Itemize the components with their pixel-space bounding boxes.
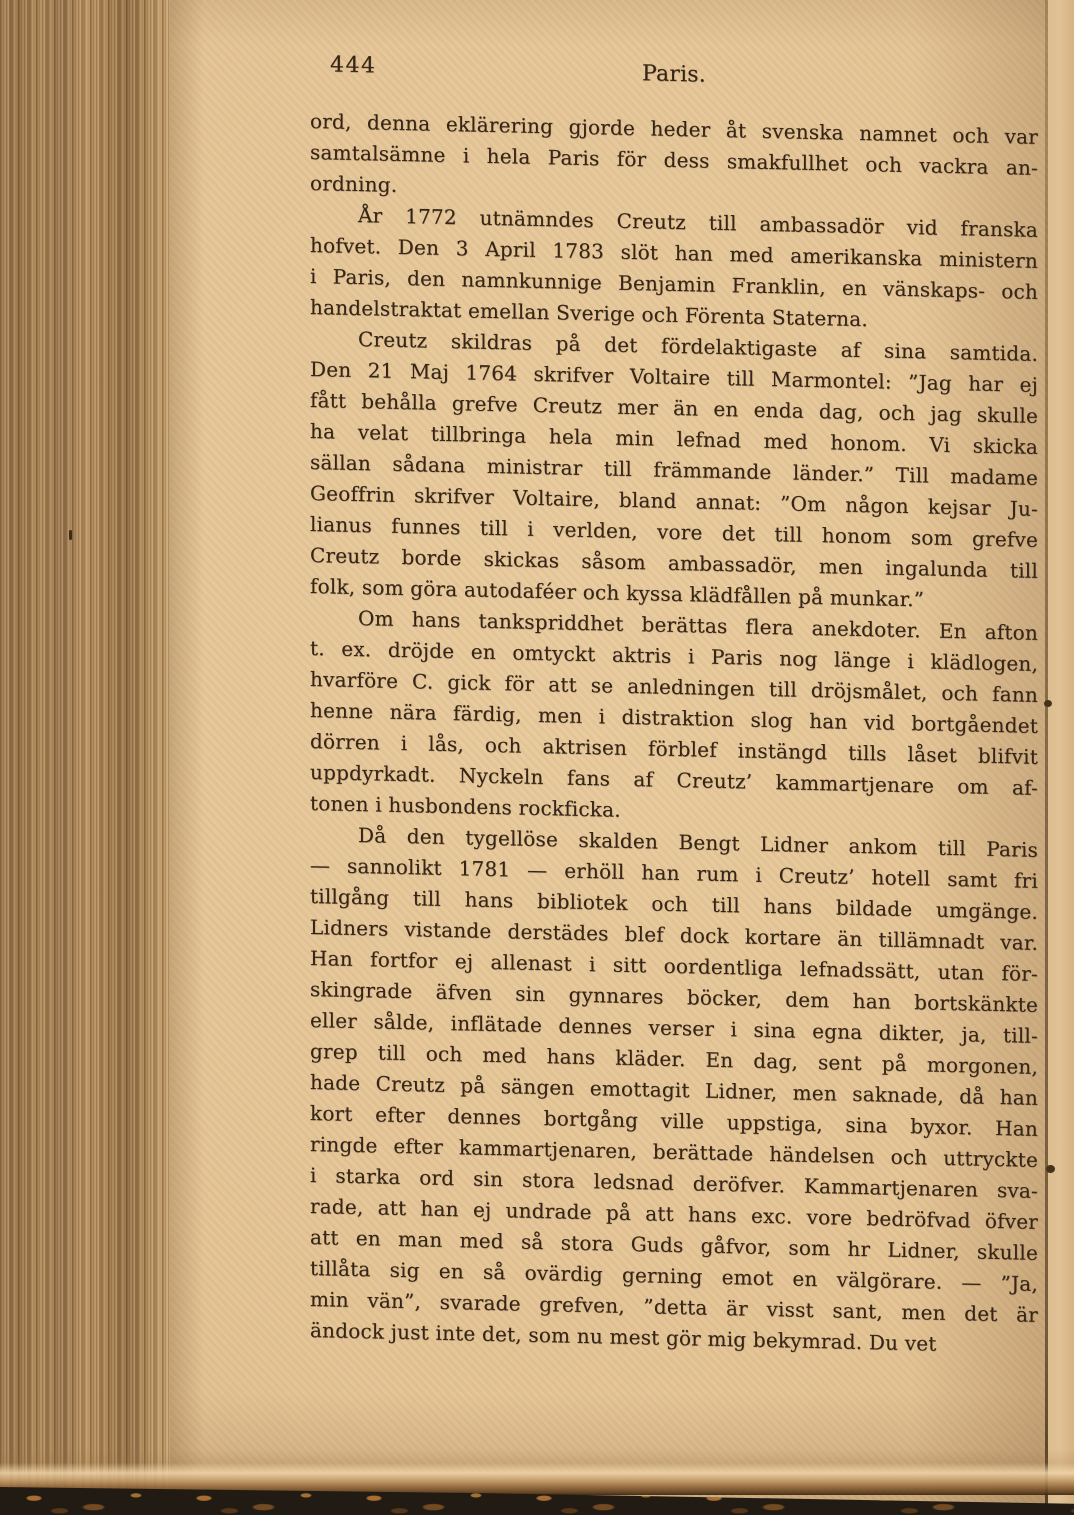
printed-text-block: 444 Paris. ord, denna eklärering gjorde … — [310, 52, 1038, 1362]
paper-speck — [1046, 1165, 1055, 1173]
paper-speck — [1044, 700, 1052, 707]
book-scan: 444 Paris. ord, denna eklärering gjorde … — [0, 0, 1074, 1515]
book-gutter-page-edges — [0, 0, 180, 1515]
paper-speck — [69, 530, 72, 540]
underlying-page-edge — [1048, 0, 1074, 1515]
page-bottom-edges — [0, 1449, 1074, 1495]
text-body: ord, denna eklärering gjorde heder åt sv… — [310, 106, 1038, 1362]
